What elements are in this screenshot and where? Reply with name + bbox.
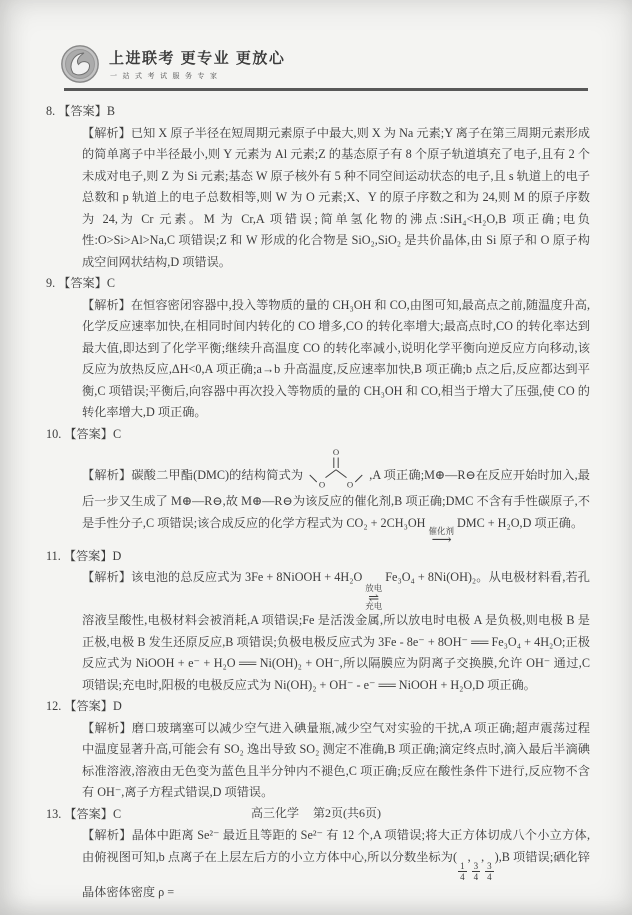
brand-swirl-logo-icon bbox=[60, 44, 100, 84]
dmc-skeletal-structure: O O O bbox=[308, 445, 364, 491]
brand-title: 上进联考 更专业 更放心 bbox=[109, 47, 285, 68]
answer-line: 12.【答案】D bbox=[46, 696, 590, 718]
answer-line: 10.【答案】C bbox=[46, 424, 590, 446]
analysis-part: 【解析】碳酸二甲酯(DMC)的结构简式为 bbox=[82, 468, 303, 482]
analysis-text: 【解析】该电池的总反应式为 3Fe + 8NiOOH + 4H₂O放电⇌充电Fe… bbox=[82, 567, 590, 696]
analysis-part: 【解析】该电池的总反应式为 3Fe + 8NiOOH + 4H₂O bbox=[82, 570, 362, 584]
answer-label: 【答案】C bbox=[58, 276, 115, 290]
answer-item-12: 12.【答案】D 【解析】磨口玻璃塞可以减少空气进入碘量瓶,减少空气对实验的干扰… bbox=[46, 696, 590, 804]
charge-label: 充电 bbox=[365, 602, 382, 611]
analysis-part: Fe₃O₄ + 8Ni(OH)₂。从电极材料看,若孔溶液呈酸性,电极材料会被消耗… bbox=[82, 570, 590, 692]
fraction: 34 bbox=[472, 861, 481, 882]
answer-line: 9.【答案】C bbox=[46, 273, 590, 295]
analysis-text: 【解析】在恒容密闭容器中,投入等物质的量的 CH₃OH 和 CO,由图可知,最高… bbox=[82, 295, 590, 424]
scanned-answer-page: 上进联考 更专业 更放心 一站式考试服务专家 8.【答案】B 【解析】已知 X … bbox=[0, 0, 632, 915]
header-rule bbox=[64, 88, 588, 91]
answer-label: 【答案】D bbox=[64, 549, 122, 563]
question-number: 9. bbox=[46, 276, 55, 290]
answer-item-9: 9.【答案】C 【解析】在恒容密闭容器中,投入等物质的量的 CH₃OH 和 CO… bbox=[46, 273, 590, 424]
answer-line: 8.【答案】B bbox=[46, 101, 590, 123]
page-footer: 高三化学第2页(共6页) bbox=[0, 804, 632, 821]
analysis-text: 【解析】晶体中距离 Se²⁻ 最近且等距的 Se²⁻ 有 12 个,A 项错误;… bbox=[82, 825, 590, 903]
fraction-separator: , bbox=[468, 850, 471, 864]
answer-content: 8.【答案】B 【解析】已知 X 原子半径在短周期元素原子中最大,则 X 为 N… bbox=[46, 101, 590, 903]
footer-course: 高三化学 bbox=[251, 806, 299, 820]
question-number: 12. bbox=[46, 699, 61, 713]
fraction: 34 bbox=[485, 861, 494, 882]
svg-text:O: O bbox=[333, 447, 339, 457]
right-arrow-icon: ⟶ bbox=[432, 536, 451, 546]
analysis-text: 【解析】已知 X 原子半径在短周期元素原子中最大,则 X 为 Na 元素;Y 离… bbox=[82, 123, 590, 274]
brand-tagline: 一站式考试服务专家 bbox=[110, 71, 285, 81]
answer-item-10: 10.【答案】C 【解析】碳酸二甲酯(DMC)的结构简式为 O O O ,A 项… bbox=[46, 424, 590, 546]
catalyst-arrow: 催化剂⟶ bbox=[428, 527, 454, 546]
brand-header: 上进联考 更专业 更放心 一站式考试服务专家 bbox=[60, 44, 285, 84]
question-number: 8. bbox=[46, 104, 55, 118]
answer-label: 【答案】D bbox=[64, 699, 122, 713]
answer-label: 【答案】C bbox=[64, 427, 121, 441]
question-number: 11. bbox=[46, 549, 61, 563]
analysis-part: DMC + H₂O,D 项正确。 bbox=[457, 516, 583, 530]
brand-text: 上进联考 更专业 更放心 一站式考试服务专家 bbox=[109, 47, 285, 81]
svg-text:O: O bbox=[347, 479, 353, 489]
analysis-text: 【解析】碳酸二甲酯(DMC)的结构简式为 O O O ,A 项正确;M⊕—R⊖在… bbox=[82, 445, 590, 546]
footer-page-number: 第2页(共6页) bbox=[313, 806, 381, 820]
svg-text:O: O bbox=[319, 479, 325, 489]
analysis-text: 【解析】磨口玻璃塞可以减少空气进入碘量瓶,减少空气对实验的干扰,A 项正确;超声… bbox=[82, 718, 590, 804]
answer-line: 11.【答案】D bbox=[46, 546, 590, 568]
fraction-separator: , bbox=[481, 850, 484, 864]
answer-item-11: 11.【答案】D 【解析】该电池的总反应式为 3Fe + 8NiOOH + 4H… bbox=[46, 546, 590, 697]
question-number: 10. bbox=[46, 427, 61, 441]
answer-label: 【答案】B bbox=[58, 104, 115, 118]
fraction: 14 bbox=[458, 861, 467, 882]
answer-item-8: 8.【答案】B 【解析】已知 X 原子半径在短周期元素原子中最大,则 X 为 N… bbox=[46, 101, 590, 273]
reversible-reaction-arrow: 放电⇌充电 bbox=[365, 584, 382, 610]
